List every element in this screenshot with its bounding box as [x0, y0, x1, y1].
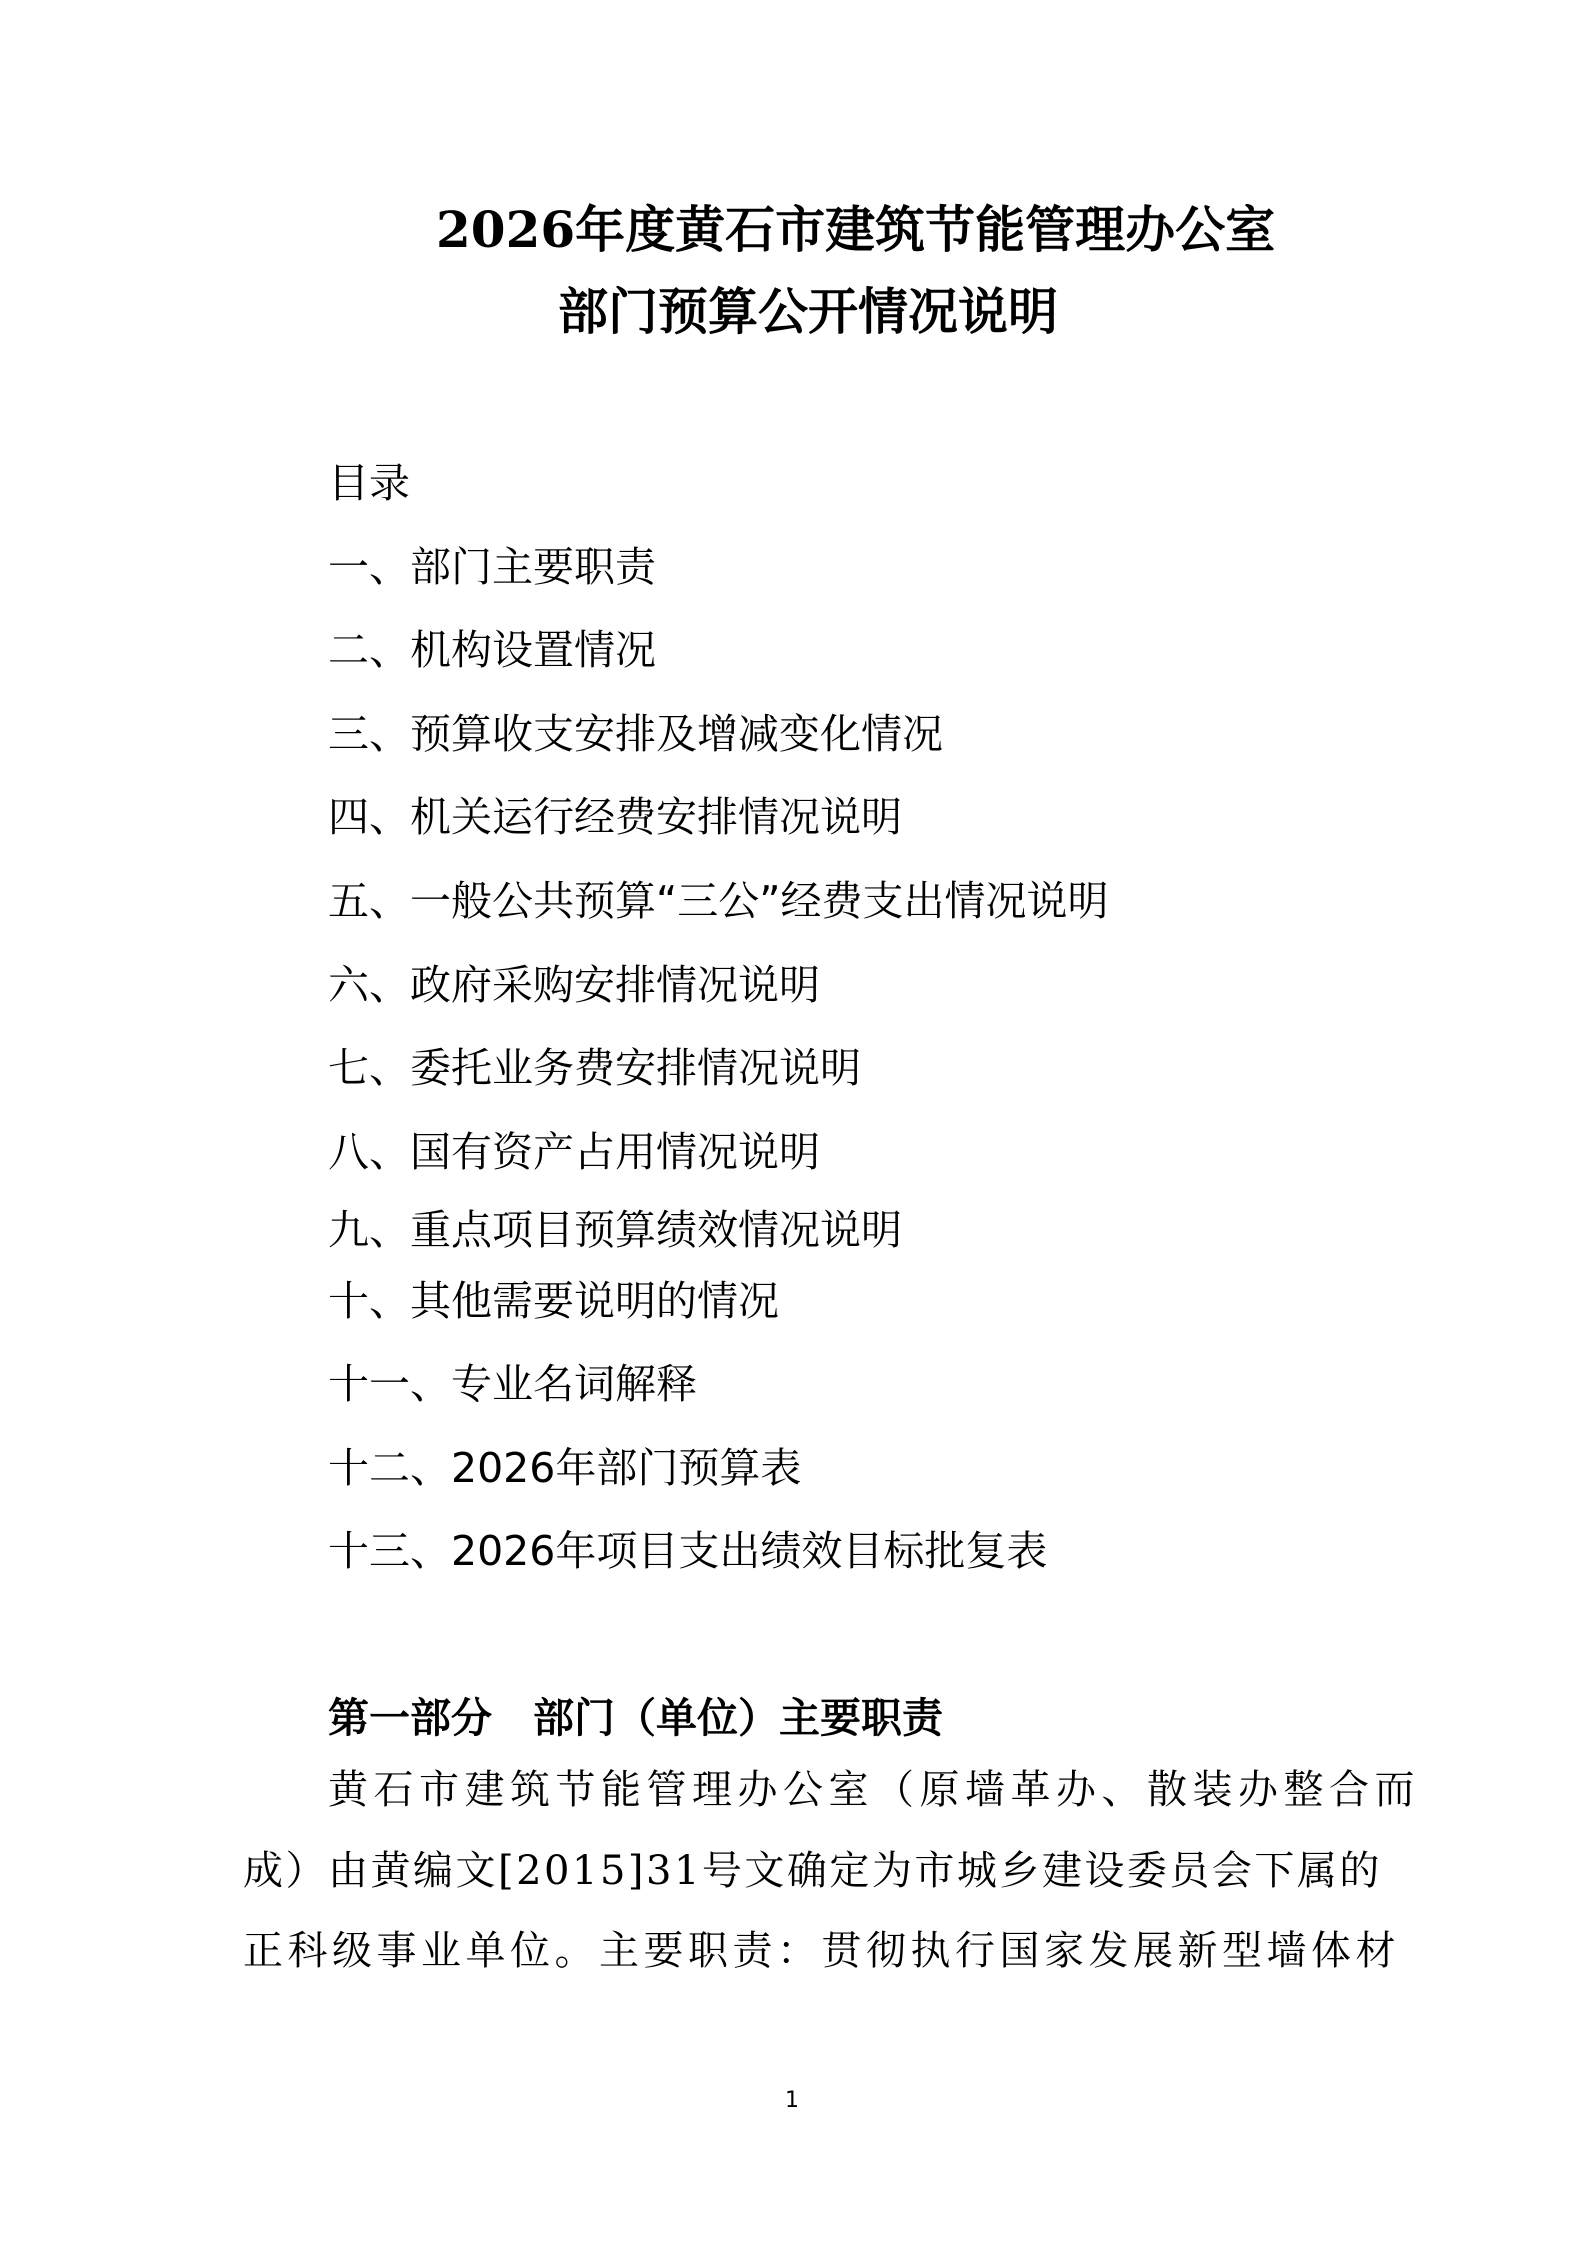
- section-heading: 第一部分 部门（单位）主要职责: [328, 1693, 943, 1743]
- toc-item: 十二、2026年部门预算表: [328, 1443, 801, 1493]
- toc-item: 八、国有资产占用情况说明: [328, 1127, 820, 1177]
- paragraph-line: 黄石市建筑节能管理办公室（原墙革办、散装办整合而: [328, 1765, 1420, 1815]
- toc-item: 十一、专业名词解释: [328, 1359, 697, 1409]
- toc-item: 四、机关运行经费安排情况说明: [328, 792, 902, 842]
- toc-item: 五、一般公共预算“三公”经费支出情况说明: [328, 876, 1108, 926]
- toc-item: 十、其他需要说明的情况: [328, 1276, 779, 1326]
- toc-item: 七、委托业务费安排情况说明: [328, 1043, 861, 1093]
- toc-item: 六、政府采购安排情况说明: [328, 960, 820, 1010]
- document-title-line-1: 2026年度黄石市建筑节能管理办公室: [436, 200, 1275, 260]
- paragraph-line: 成）由黄编文[2015]31号文确定为市城乡建设委员会下属的: [243, 1846, 1382, 1896]
- page-number: 1: [785, 2088, 799, 2114]
- toc-item: 一、部门主要职责: [328, 542, 656, 592]
- paragraph-line: 正科级事业单位。主要职责：贯彻执行国家发展新型墙体材: [243, 1926, 1400, 1976]
- document-page: 2026年度黄石市建筑节能管理办公室 部门预算公开情况说明 目录 一、部门主要职…: [0, 0, 1587, 2245]
- toc-item: 二、机构设置情况: [328, 625, 656, 675]
- toc-item: 十三、2026年项目支出绩效目标批复表: [328, 1526, 1047, 1576]
- toc-item: 九、重点项目预算绩效情况说明: [328, 1205, 902, 1255]
- toc-item: 三、预算收支安排及增减变化情况: [328, 709, 943, 759]
- toc-heading: 目录: [328, 458, 410, 508]
- document-title-line-2: 部门预算公开情况说明: [558, 282, 1058, 342]
